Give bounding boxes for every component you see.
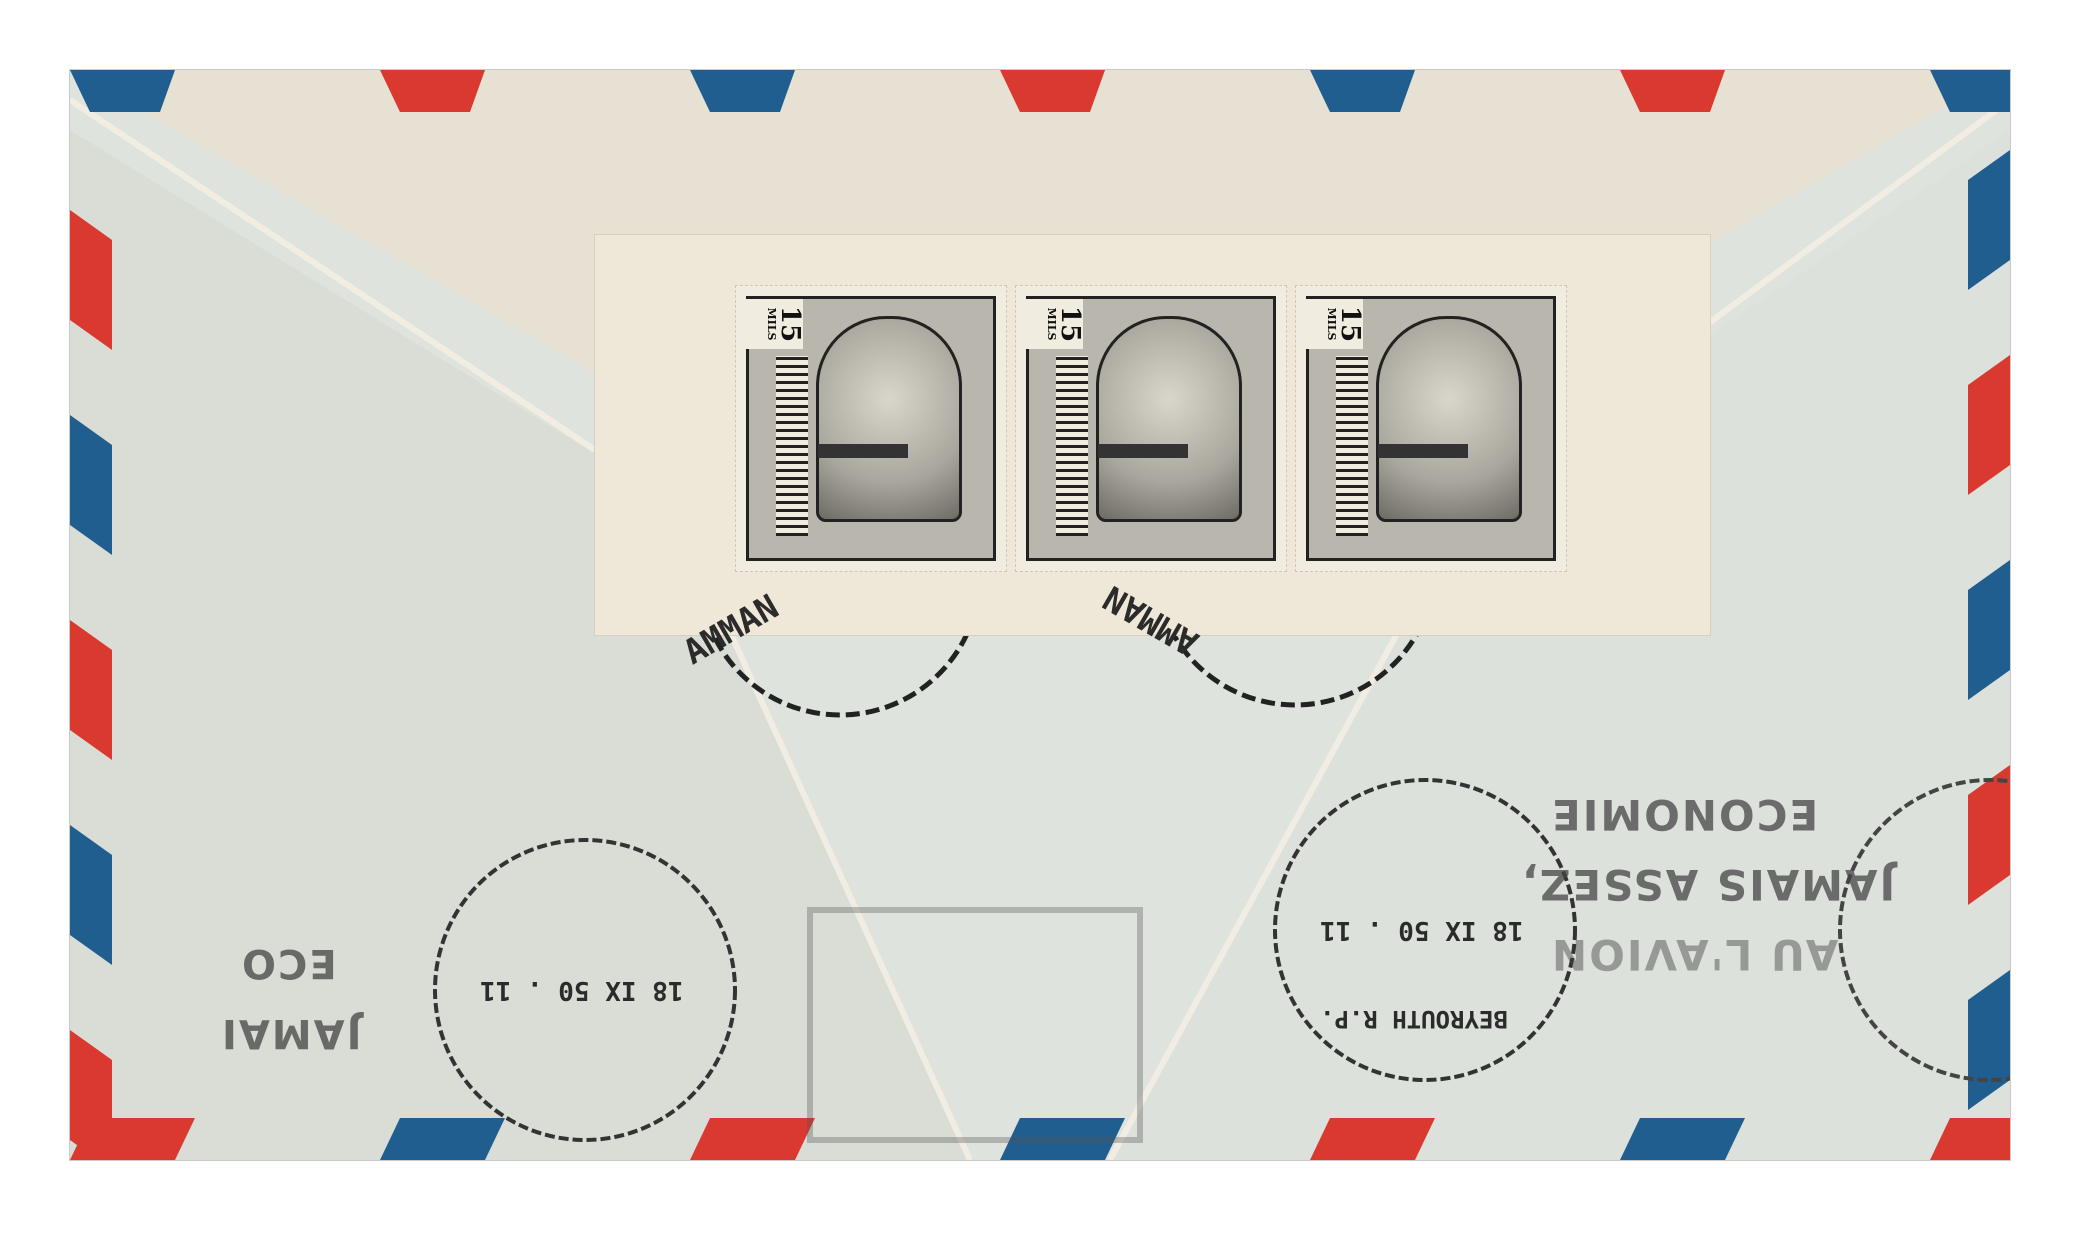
minaret-image — [818, 444, 908, 458]
mosque-image — [1096, 316, 1242, 522]
stamp-value: 15MILS — [1303, 299, 1363, 349]
mosque-image — [1376, 316, 1522, 522]
stamp-arabic-text — [776, 356, 808, 536]
airmail-envelope: 15MILS 15MILS 15MILS AMMAN AMMAN 18 IX 5… — [70, 70, 2010, 1160]
stamp-arabic-text — [1336, 356, 1368, 536]
machine-cancel-left-line1: ECO — [240, 940, 337, 986]
machine-cancel-left-line2: JAMAI — [220, 1010, 361, 1056]
postmark-beyrouth-center-city: BEYROUTH R.P. — [1320, 1005, 1508, 1033]
mosque-image — [816, 316, 962, 522]
stamp: 15MILS — [735, 285, 1007, 572]
stamp: 15MILS — [1015, 285, 1287, 572]
stamp-value: 15MILS — [743, 299, 803, 349]
postmark-beyrouth-center-date: 18 IX 50 . 11 — [1320, 915, 1524, 945]
stamp-value: 15MILS — [1023, 299, 1083, 349]
machine-cancel-line1: ECONOMIE — [1550, 790, 1818, 839]
stamp-strip: 15MILS 15MILS 15MILS — [595, 235, 1710, 635]
minaret-image — [1098, 444, 1188, 458]
postmark-beyrouth-left-date: 18 IX 50 . 11 — [480, 975, 684, 1005]
stamp-arabic-text — [1056, 356, 1088, 536]
machine-cancel-line2: JAMAIS ASSEZ, — [1520, 860, 1895, 909]
machine-cancel-line3: AU L'AVION — [1550, 930, 1838, 979]
minaret-image — [1378, 444, 1468, 458]
stamp: 15MILS — [1295, 285, 1567, 572]
